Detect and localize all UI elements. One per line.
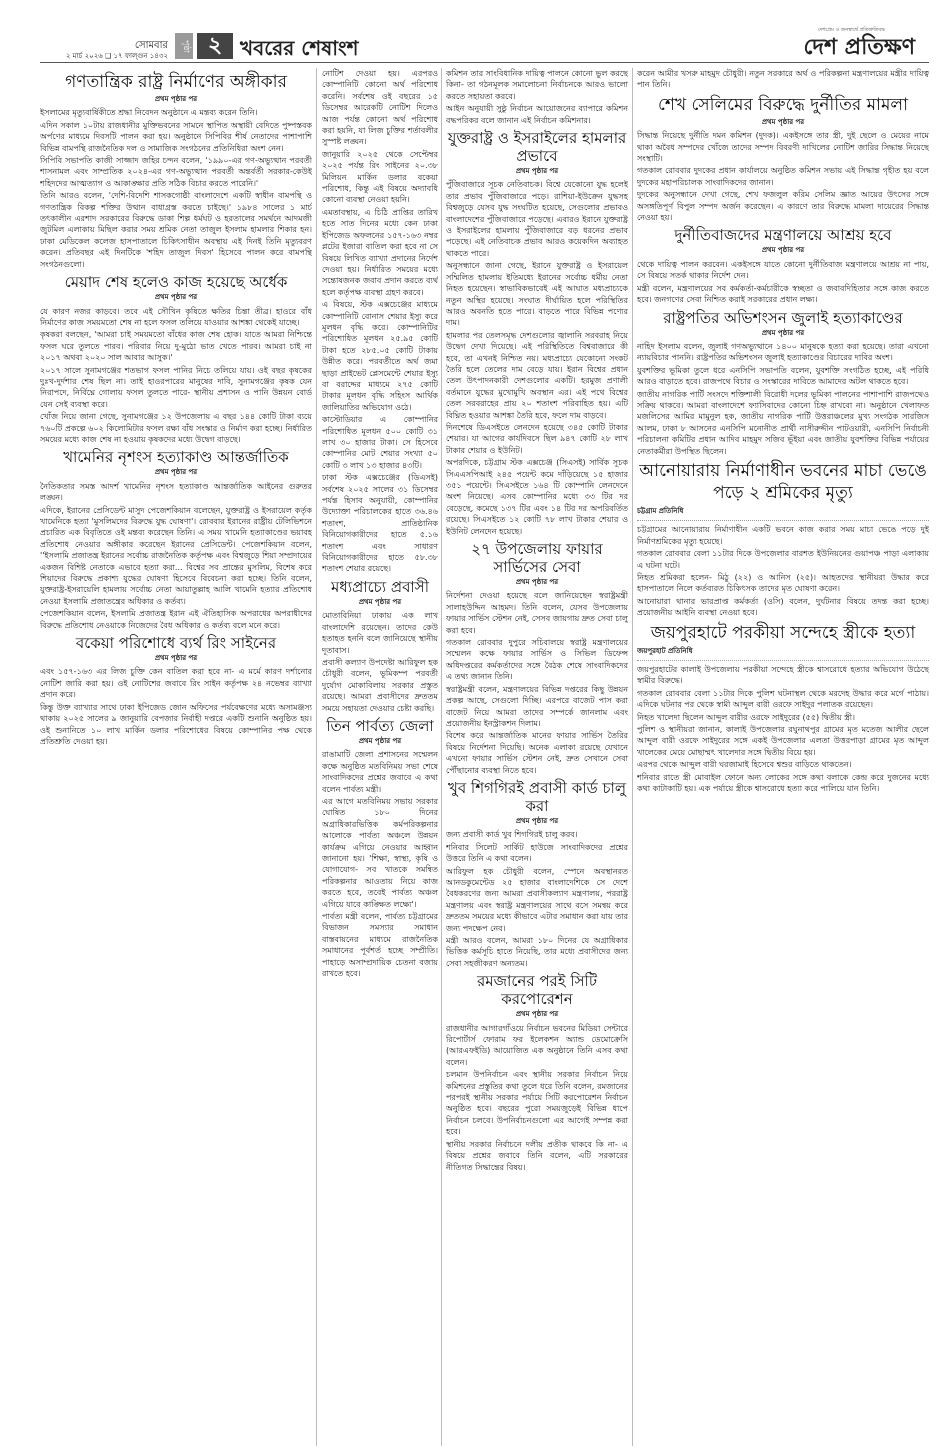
headline: রমজানের পরই সিটি করপোরেশন xyxy=(446,972,628,1008)
paragraph: মন্ত্রী বলেন, মন্ত্রণালয়ের সব কর্মকর্তা… xyxy=(637,283,929,306)
continued-label: প্রথম পৃষ্ঠার পর xyxy=(40,653,312,664)
paragraph: রাজধানীর আগারগাঁওয়ে নির্বাচন ভবনের মিডি… xyxy=(446,1023,628,1069)
headline: ২৭ উপজেলায় ফায়ার সার্ভিসের সেবা xyxy=(446,540,628,576)
headline: দুর্নীতিবাজদের মন্ত্রণালয়ে আশ্রয় হবে xyxy=(637,226,929,244)
paragraph: কমিশন তার সাংবিধানিক দায়িত্ব পালনে কোনো… xyxy=(446,68,628,102)
headline: মেয়াদ শেষ হলেও কাজ হয়েছে অর্ধেক xyxy=(40,273,312,291)
paragraph: গতকাল রোববার বেলা ১১টার দিকে উপজেলার বার… xyxy=(637,548,929,571)
continued-label: প্রথম পৃষ্ঠার পর xyxy=(446,1009,628,1020)
paragraph: আনোয়ারা থানার ভারপ্রাপ্ত কর্মকর্তা (ওসি… xyxy=(637,596,929,619)
headline: শেখ সেলিমের বিরুদ্ধে দুর্নীতির মামলা xyxy=(637,94,929,116)
headline: খামেনির নৃশংস হত্যাকাণ্ড আন্তর্জাতিক xyxy=(40,448,312,466)
article: রাষ্ট্রপতির অভিশংসন জুলাই হত্যাকাণ্ডের প… xyxy=(637,309,929,457)
headline: তিন পার্বত্য জেলা xyxy=(322,717,438,735)
paragraph: ২০১৭ সালে সুনামগঞ্জের শতভাগ ফসল পানির নি… xyxy=(40,365,312,411)
paragraph: এর আগে মতবিনিময় সভায় সরকার ঘোষিত ১৮০ দ… xyxy=(322,796,438,910)
column-divider xyxy=(632,68,633,1446)
paragraph: দিনশেষে ডিএসইতে লেনদেন হয়েছে ৩৪৫ কোটি ট… xyxy=(446,422,628,456)
article: করেন আমীর খসরু মাহমুদ চৌধুরী। নতুন সরকার… xyxy=(637,68,929,91)
paragraph: গতকাল রোববার দুদকের প্রধান কার্যালয়ে অন… xyxy=(637,165,929,188)
article: মেয়াদ শেষ হলেও কাজ হয়েছে অর্ধেক প্রথম … xyxy=(40,273,312,445)
page-number: ২ xyxy=(197,33,233,59)
continued-label: প্রথম পৃষ্ঠার পর xyxy=(446,577,628,588)
continued-label: প্রথম পৃষ্ঠার পর xyxy=(40,467,312,478)
paragraph: জাতীয় নাগরিক পার্টি সংসদে শক্তিশালী বির… xyxy=(637,389,929,457)
column-3: কমিশন তার সাংবিধানিক দায়িত্ব পালনে কোনো… xyxy=(446,68,628,1442)
paragraph: এবং ১৫৭-১৬৩ এর লিজ চুক্তি কেন বাতিল করা … xyxy=(40,666,312,700)
article: মধ্যপ্রাচ্যে প্রবাসী প্রথম পৃষ্ঠার পর মো… xyxy=(322,578,438,714)
paragraph: যে কারণ নজর কাড়বে। তবে এই সৌখিন কৃষিতে … xyxy=(40,306,312,329)
byline: চট্টগ্রাম প্রতিনিধি xyxy=(637,506,929,521)
paragraph: এমতাবস্থায়, এ চিঠি প্রাপ্তির তারিখ হতে … xyxy=(322,207,438,298)
paragraph: অনুসন্ধানে জানা গেছে, ইরানে যুক্তরাষ্ট্র… xyxy=(446,260,628,328)
article: কমিশন তার সাংবিধানিক দায়িত্ব পালনে কোনো… xyxy=(446,68,628,126)
headline: যুক্তরাষ্ট্র ও ইসরাইলের হামলার প্রভাবে xyxy=(446,129,628,165)
headline: রাষ্ট্রপতির অভিশংসন জুলাই হত্যাকাণ্ডের xyxy=(637,309,929,327)
article: আনোয়ারায় নির্মাণাধীন ভবনের মাচা ভেঙে প… xyxy=(637,460,929,619)
column-divider xyxy=(441,68,442,1446)
paragraph: গতকাল রোববার বেলা ১১টার দিকে পুলিশ ঘটনাস… xyxy=(637,688,929,711)
paragraph: তিনি আরও বলেন, 'দেশি-বিদেশি শাসকগোষ্ঠী ব… xyxy=(40,190,312,270)
paragraph: চলমান উপনির্বাচন এবং স্থানীয় সরকার নির্… xyxy=(446,1069,628,1137)
paragraph: ঢাকা স্টক এক্সচেঞ্জের (ডিএসই) সর্বশেষ ২০… xyxy=(322,472,438,575)
paragraph: নিহত শ্রমিকরা হলেন- মিঠু (২২) ও আনিস (২৫… xyxy=(637,572,929,595)
article: শেখ সেলিমের বিরুদ্ধে দুর্নীতির মামলা প্র… xyxy=(637,94,929,224)
masthead: সোমবার ২ মার্চ ২০২৬ ❑ ১৭ ফাল্গুন ১৪৩২ পৃ… xyxy=(0,0,945,58)
continued-label: প্রথম পৃষ্ঠার পর xyxy=(322,597,438,608)
byline: জয়পুরহাট প্রতিনিধি xyxy=(637,646,929,661)
paragraph: থেকে দায়িত্ব পালন করবেন। একইসঙ্গে যাতে … xyxy=(637,259,929,282)
continued-label: প্রথম পৃষ্ঠার পর xyxy=(322,736,438,747)
issue-date: ২ মার্চ ২০২৬ ❑ ১৭ ফাল্গুন ১৪৩২ xyxy=(30,50,168,62)
paragraph: কৃষকরা বলছেন, 'আমরা চাই সময়মতো বাঁধের ক… xyxy=(40,329,312,363)
headline: খুব শিগগিরই প্রবাসী কার্ড চালু করা xyxy=(446,779,628,815)
paragraph: এরপর থেকে আব্দুল বারী ঘরজামাই হিসেবে শ্ব… xyxy=(637,759,929,770)
paragraph: জন্য প্রবাসী কার্ড খুব শিগগিরই চালু করব। xyxy=(446,829,628,840)
column-2: নোটিশ দেওয়া হয়। এরপরও কোম্পানিটি কোনো … xyxy=(322,68,438,1442)
article: দুর্নীতিবাজদের মন্ত্রণালয়ে আশ্রয় হবে প… xyxy=(637,226,929,305)
paragraph: পার্বত্য মন্ত্রী বলেন, পার্বত্য চট্টগ্রা… xyxy=(322,911,438,979)
article: যুক্তরাষ্ট্র ও ইসরাইলের হামলার প্রভাবে প… xyxy=(446,129,628,537)
paragraph: সিপিবি সভাপতি কাজী সাজ্জাদ জহির চন্দন বল… xyxy=(40,155,312,189)
paragraph: ইসলামের মৃত্যুবার্ষিকীতে শ্রদ্ধা নিবেদন … xyxy=(40,107,312,118)
continued-label: প্রথম পৃষ্ঠার পর xyxy=(446,816,628,827)
headline: গণতান্ত্রিক রাষ্ট্র নির্মাণের অঙ্গীকার xyxy=(40,71,312,93)
paragraph: বিশেষ করে আন্তর্জাতিক মানের ফায়ার সার্ভ… xyxy=(446,730,628,776)
article: খামেনির নৃশংস হত্যাকাণ্ড আন্তর্জাতিক প্র… xyxy=(40,448,312,631)
paragraph: আরিফুল হক চৌধুরী বলেন, স্পেনে অবস্থানরত … xyxy=(446,866,628,934)
paragraph: রাঙামাটি জেলা প্রশাসনের সম্মেলন কক্ষে অন… xyxy=(322,749,438,795)
article: ২৭ উপজেলায় ফায়ার সার্ভিসের সেবা প্রথম … xyxy=(446,540,628,776)
headline: জয়পুরহাটে পরকীয়া সন্দেহে স্ত্রীকে হত্য… xyxy=(637,622,929,644)
article: নোটিশ দেওয়া হয়। এরপরও কোম্পানিটি কোনো … xyxy=(322,68,438,575)
paragraph: নৈতিকতার সমস্ত আদর্শ খামেনির নৃশংস হত্যা… xyxy=(40,481,312,504)
paragraph: এদিন সকাল ১০টায় রাজধানীর মুক্তিভবনের সা… xyxy=(40,120,312,154)
paragraph: স্বরাষ্ট্রমন্ত্রী বলেন, মন্ত্রণালয়ের বি… xyxy=(446,684,628,730)
article: তিন পার্বত্য জেলা প্রথম পৃষ্ঠার পর রাঙাম… xyxy=(322,717,438,980)
paragraph: এ বিষয়ে, স্টক এক্সচেঞ্জের মাধ্যমে কোম্প… xyxy=(322,299,438,413)
headline: মধ্যপ্রাচ্যে প্রবাসী xyxy=(322,578,438,596)
paragraph: পুলিশ ও স্থানীয়রা জানান, কালাই উপজেলার … xyxy=(637,724,929,758)
paragraph: আইন অনুযায়ী সুষ্ঠু নির্বাচন আয়োজনের ব্… xyxy=(446,103,628,126)
column-5: করেন আমীর খসরু মাহমুদ চৌধুরী। নতুন সরকার… xyxy=(637,68,929,1442)
paragraph: নিহত খালেদা ছিলেন আব্দুল বারীর ওরফে সাইদ… xyxy=(637,712,929,723)
paragraph: এদিকে, ইরানের প্রেসিডেন্ট মাসুদ পেজেশকিয… xyxy=(40,505,312,608)
article: গণতান্ত্রিক রাষ্ট্র নির্মাণের অঙ্গীকার প… xyxy=(40,71,312,270)
paragraph: নির্দেশনা দেওয়া হয়েছে বলে জানিয়েছেন স… xyxy=(446,590,628,636)
paragraph: নাহিদ ইসলাম বলেন, জুলাই গণঅভ্যুত্থানে ১৪… xyxy=(637,341,929,364)
paragraph: সিদ্ধান্ত নিয়েছে দুর্নীতি দমন কমিশন (দু… xyxy=(637,130,929,164)
paragraph: কাস্টোডিয়ার এ কোম্পানির পরিশোধিত মূলধন … xyxy=(322,414,438,471)
continued-label: প্রথম পৃষ্ঠার পর xyxy=(637,117,929,128)
paragraph: শনিবার সিলেট সার্কিট হাউজে সাংবাদিকদের প… xyxy=(446,842,628,865)
paragraph: দুদকের অনুসন্ধানে দেখা গেছে, শেখ ফজলুল ক… xyxy=(637,189,929,223)
paragraph: স্থানীয় সরকার নির্বাচনে দলীয় প্রতীক থা… xyxy=(446,1139,628,1173)
paragraph: নোটিশ দেওয়া হয়। এরপরও কোম্পানিটি কোনো … xyxy=(322,68,438,148)
paragraph: খোঁজ নিয়ে জানা গেছে, সুনামগঞ্জের ১২ উপজ… xyxy=(40,411,312,445)
paragraph: কিন্তু উক্ত ব্যাখ্যার সাথে ঢাকা ইপিজেড জ… xyxy=(40,702,312,748)
column-divider xyxy=(316,68,317,1446)
continued-label: প্রথম পৃষ্ঠার পর xyxy=(446,166,628,177)
page-label: পৃষ্ঠা xyxy=(175,33,193,59)
continued-label: প্রথম পৃষ্ঠার পর xyxy=(637,328,929,339)
paragraph: চট্টগ্রামের আনোয়ারায় নির্মাণাধীন একটি … xyxy=(637,524,929,547)
continued-label: প্রথম পৃষ্ঠার পর xyxy=(40,94,312,105)
paragraph: প্রবাসী কল্যাণ উপদেষ্টা আরিফুল হক চৌধুরী… xyxy=(322,657,438,714)
paragraph: পেজেশকিয়ান বলেন, ইসলামি প্রজাতন্ত্র ইরা… xyxy=(40,608,312,631)
masthead-divider xyxy=(40,62,929,63)
continued-label: প্রথম পৃষ্ঠার পর xyxy=(637,245,929,256)
article: খুব শিগগিরই প্রবাসী কার্ড চালু করা প্রথম… xyxy=(446,779,628,969)
article: বকেয়া পরিশোধে ব্যর্থ রিং সাইনের প্রথম প… xyxy=(40,634,312,747)
paragraph: অপরদিকে, চট্টগ্রাম স্টক এক্সচেঞ্জ (সিএসই… xyxy=(446,457,628,537)
paragraph: করেন আমীর খসরু মাহমুদ চৌধুরী। নতুন সরকার… xyxy=(637,68,929,91)
paragraph: হামলার পর তেলসমৃদ্ধ দেশগুলোর জ্বালানি সর… xyxy=(446,330,628,421)
paragraph: মোতাবিনিয়া ঢাকায় এক লাখ বাংলাদেশি রয়ে… xyxy=(322,610,438,656)
paragraph: পুঁজিবাজারে সূচক নেতিবাচক। বিশ্বে যেকোনো… xyxy=(446,179,628,259)
paragraph: জানুয়ারি ২০২৫ থেকে সেপ্টেম্বর ২০২৫ পর্য… xyxy=(322,149,438,206)
paragraph: মন্ত্রী আরও বলেন, আমরা ১৮০ দিনের যে অগ্র… xyxy=(446,935,628,969)
paragraph: যুবশক্তির ভূমিকা তুলে ধরে এনসিপি সভাপতি … xyxy=(637,365,929,388)
paragraph: শনিবার রাতে স্ত্রী মোবাইল ফোনে অন্য লোকে… xyxy=(637,772,929,795)
article: রমজানের পরই সিটি করপোরেশন প্রথম পৃষ্ঠার … xyxy=(446,972,628,1173)
article: জয়পুরহাটে পরকীয়া সন্দেহে স্ত্রীকে হত্য… xyxy=(637,622,929,795)
headline: বকেয়া পরিশোধে ব্যর্থ রিং সাইনের xyxy=(40,634,312,652)
headline: আনোয়ারায় নির্মাণাধীন ভবনের মাচা ভেঙে প… xyxy=(637,460,929,504)
continued-label: প্রথম পৃষ্ঠার পর xyxy=(40,292,312,303)
column-1: গণতান্ত্রিক রাষ্ট্র নির্মাণের অঙ্গীকার প… xyxy=(40,68,312,1442)
paragraph: গতকাল রোববার দুপুরে সচিবালয়ে স্বরাষ্ট্র… xyxy=(446,637,628,683)
paragraph: জয়পুরহাটের কালাই উপজেলায় পরকীয়া সন্দে… xyxy=(637,664,929,687)
